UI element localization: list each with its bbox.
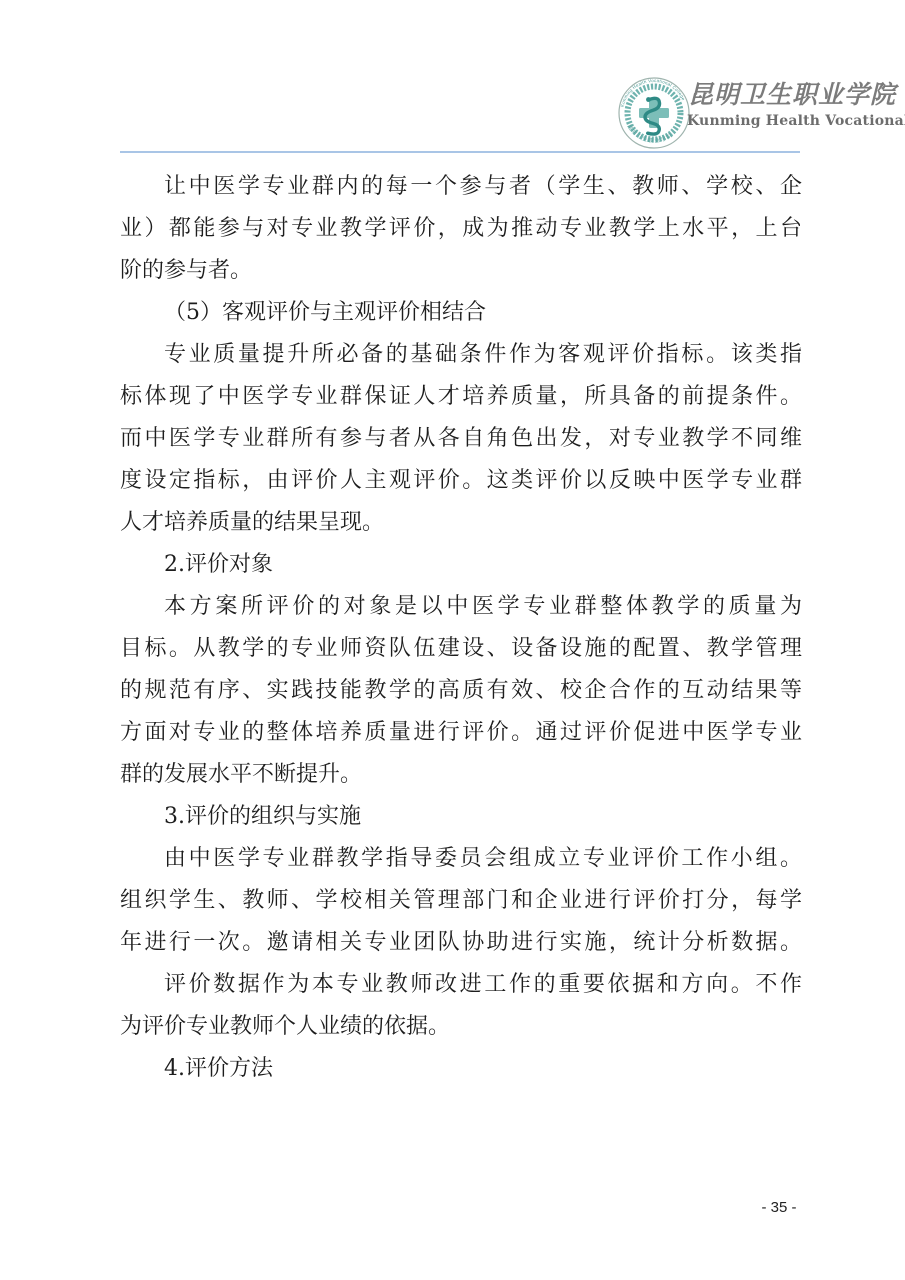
text-line: 而中医学专业群所有参与者从各自角色出发，对专业教学不同维 <box>120 418 802 460</box>
text-line: 本方案所评价的对象是以中医学专业群整体教学的质量为 <box>120 586 802 628</box>
text-line: 年进行一次。邀请相关专业团队协助进行实施，统计分析数据。 <box>120 922 802 964</box>
text-line: 度设定指标，由评价人主观评价。这类评价以反映中医学专业群 <box>120 460 802 502</box>
text-line: 标体现了中医学专业群保证人才培养质量，所具备的前提条件。 <box>120 376 802 418</box>
text-line: 由中医学专业群教学指导委员会组成立专业评价工作小组。 <box>120 838 802 880</box>
seal-cross-serpent-emblem <box>639 97 669 134</box>
text-line: 3.评价的组织与实施 <box>120 796 802 838</box>
page-number: - 35 - <box>739 1198 819 1218</box>
text-line: 目标。从教学的专业师资队伍建设、设备设施的配置、教学管理 <box>120 628 802 670</box>
college-name-en: Kunming Health Vocational College <box>687 112 905 130</box>
text-line: （5）客观评价与主观评价相结合 <box>120 292 802 334</box>
text-line: 让中医学专业群内的每一个参与者（学生、教师、学校、企 <box>120 166 802 208</box>
text-line: 为评价专业教师个人业绩的依据。 <box>120 1006 802 1048</box>
header-divider <box>120 151 800 153</box>
text-line: 2.评价对象 <box>120 544 802 586</box>
text-line: 方面对专业的整体培养质量进行评价。通过评价促进中医学专业 <box>120 712 802 754</box>
text-line: 组织学生、教师、学校相关管理部门和企业进行评价打分，每学 <box>120 880 802 922</box>
document-page: Kunming Health Vocational College 昆明卫生职业… <box>0 0 905 1280</box>
text-line: 4.评价方法 <box>120 1048 802 1090</box>
text-line: 群的发展水平不断提升。 <box>120 754 802 796</box>
college-seal-icon: Kunming Health Vocational College 昆明卫生职业… <box>617 77 691 149</box>
text-line: 阶的参与者。 <box>120 250 802 292</box>
college-name-zh: 昆明卫生职业学院 <box>688 78 900 112</box>
text-line: 人才培养质量的结果呈现。 <box>120 502 802 544</box>
text-line: 的规范有序、实践技能教学的高质有效、校企合作的互动结果等 <box>120 670 802 712</box>
document-body: 让中医学专业群内的每一个参与者（学生、教师、学校、企 业）都能参与对专业教学评价… <box>120 166 802 1090</box>
text-line: 专业质量提升所必备的基础条件作为客观评价指标。该类指 <box>120 334 802 376</box>
text-line: 业）都能参与对专业教学评价，成为推动专业教学上水平，上台 <box>120 208 802 250</box>
text-line: 评价数据作为本专业教师改进工作的重要依据和方向。不作 <box>120 964 802 1006</box>
